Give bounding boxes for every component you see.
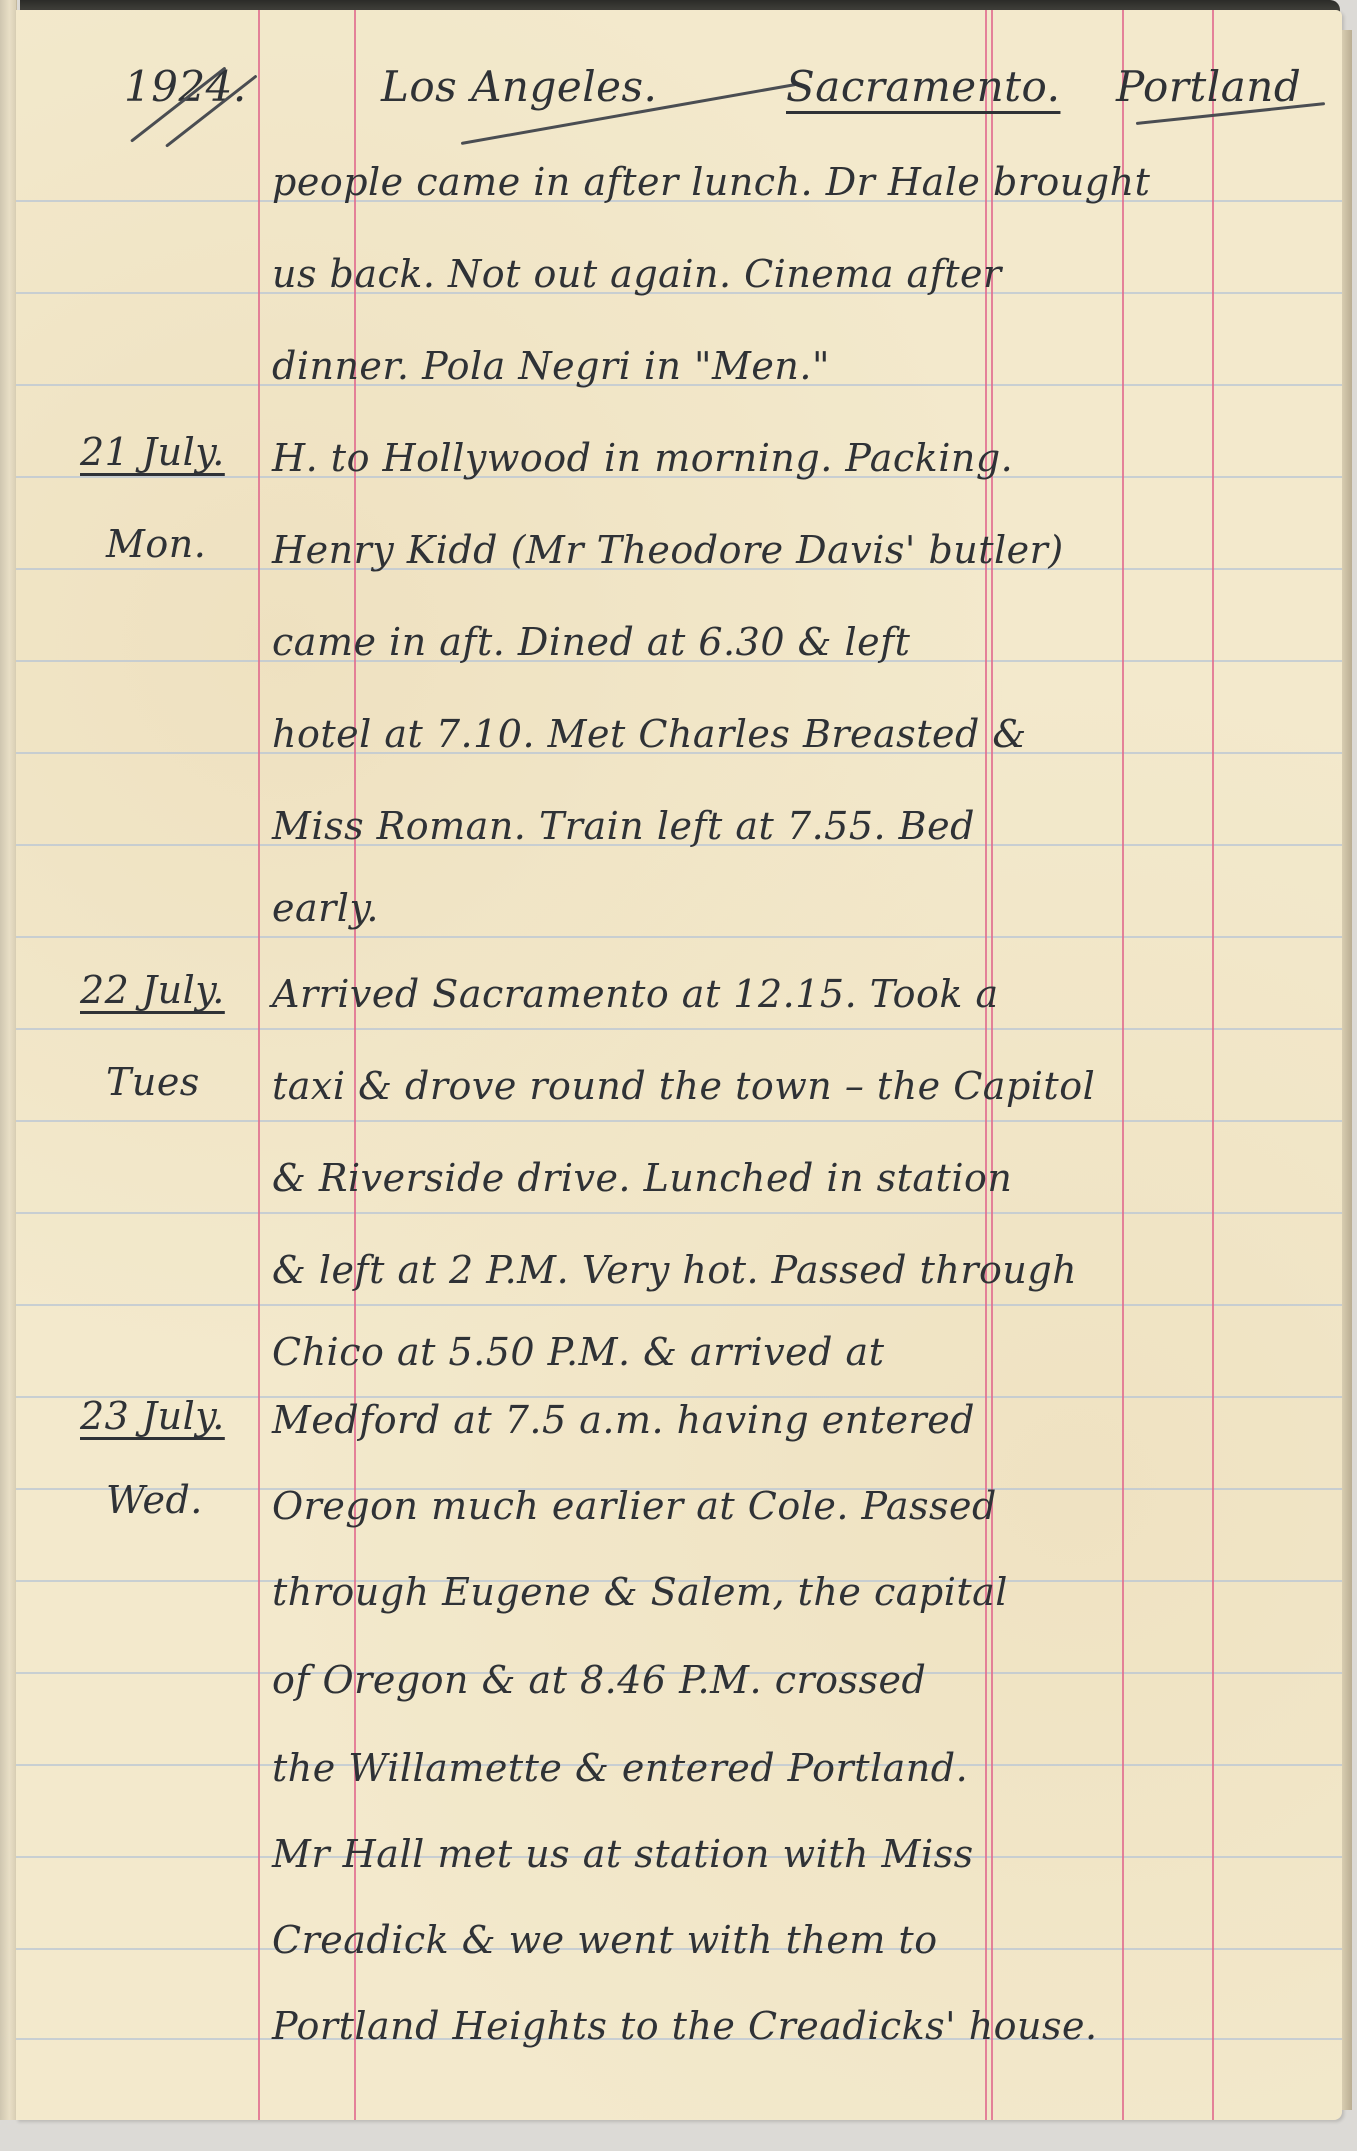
entry-line: Creadick & we went with them to [272, 1918, 938, 1962]
margin-rule [1212, 10, 1214, 2120]
entry-line: Chico at 5.50 P.M. & arrived at [272, 1330, 884, 1374]
ruled-line [16, 1212, 1342, 1214]
entry-date: 21 July. [80, 430, 225, 474]
entry-line: dinner. Pola Negri in "Men." [272, 344, 830, 388]
entry-line: the Willamette & entered Portland. [272, 1746, 968, 1790]
entry-line: & left at 2 P.M. Very hot. Passed throug… [272, 1248, 1077, 1292]
entry-line: early. [272, 886, 379, 930]
entry-line: Miss Roman. Train left at 7.55. Bed [272, 804, 975, 848]
ruled-line [16, 936, 1342, 938]
entry-line: Oregon much earlier at Cole. Passed [272, 1484, 997, 1528]
header-year: 1924. [124, 62, 247, 111]
entry-line: Henry Kidd (Mr Theodore Davis' butler) [272, 528, 1064, 572]
ruled-line [16, 1028, 1342, 1030]
diary-page: 1924. Los Angeles. Sacramento. Portland … [16, 10, 1342, 2120]
entry-line: came in aft. Dined at 6.30 & left [272, 620, 910, 664]
entry-day: Tues [106, 1060, 200, 1104]
ruled-line [16, 1120, 1342, 1122]
header-place-sacramento: Sacramento. [786, 62, 1060, 111]
header-place-portland: Portland [1116, 62, 1301, 111]
margin-rule [258, 10, 260, 2120]
entry-date: 22 July. [80, 968, 225, 1012]
entry-date: 23 July. [80, 1394, 225, 1438]
ruled-line [16, 1304, 1342, 1306]
entry-line: through Eugene & Salem, the capital [272, 1570, 1008, 1614]
entry-day: Wed. [106, 1478, 203, 1522]
page-stack-edge [1342, 30, 1352, 2110]
entry-line: H. to Hollywood in morning. Packing. [272, 436, 1013, 480]
entry-line: us back. Not out again. Cinema after [272, 252, 1002, 296]
header-place-los-angeles: Los Angeles. [381, 62, 657, 111]
notebook-binding [0, 0, 17, 2120]
entry-line: Arrived Sacramento at 12.15. Took a [272, 972, 999, 1016]
entry-line: people came in after lunch. Dr Hale brou… [272, 160, 1150, 204]
entry-line: Mr Hall met us at station with Miss [272, 1832, 974, 1876]
entry-line: Medford at 7.5 a.m. having entered [272, 1398, 975, 1442]
entry-line: hotel at 7.10. Met Charles Breasted & [272, 712, 1027, 756]
entry-line: & Riverside drive. Lunched in station [272, 1156, 1012, 1200]
margin-rule [1122, 10, 1124, 2120]
entry-line: of Oregon & at 8.46 P.M. crossed [272, 1658, 926, 1702]
entry-day: Mon. [106, 522, 206, 566]
entry-line: taxi & drove round the town – the Capito… [272, 1064, 1095, 1108]
entry-line: Portland Heights to the Creadicks' house… [272, 2004, 1098, 2048]
